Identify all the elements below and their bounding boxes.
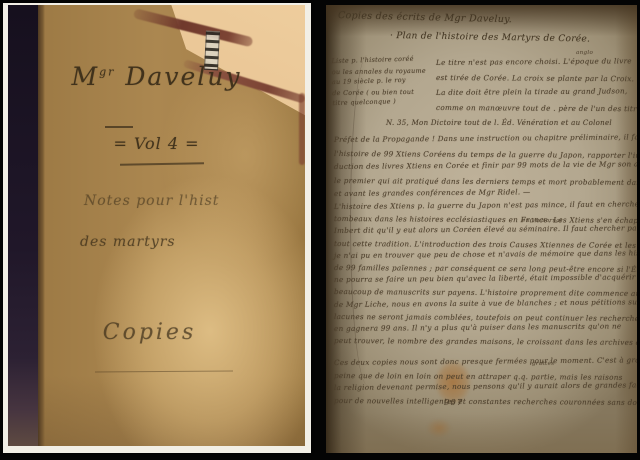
paragraph-histoire: L'histoire des Xtiens p. la guerre du Ja… <box>334 201 634 347</box>
manuscript-line: pour de nouvelles intelligentes et const… <box>334 395 634 409</box>
right-photo-manuscript-page: Copies des écrits de Mgr Daveluy. · Plan… <box>326 5 637 453</box>
cover-bottom-title: Copies <box>8 320 291 345</box>
cover-title-superscript: gr <box>99 66 115 79</box>
manuscript-line: ne pourra se faire un peu bien qu'avec l… <box>334 272 634 287</box>
paragraph-copies: Ces deux copies nous sont donc presque f… <box>334 357 634 407</box>
leather-band-right-edge <box>299 93 305 165</box>
cover-title-initial: M <box>72 62 100 91</box>
manuscript-line: Imbert dit qu'il y eut alors un Coréen é… <box>334 223 634 238</box>
interline-annotation-anglo: anglo <box>576 50 593 56</box>
manuscript-line: Ces deux copies nous sont donc presque f… <box>334 354 634 369</box>
cover-bottom-rule <box>95 371 233 373</box>
manuscript-line: La dite doit être plein la tirade au gra… <box>436 84 634 101</box>
cover-divider-dash <box>105 126 133 128</box>
cover-volume-underline <box>120 162 204 165</box>
manuscript-line: L'histoire des Xtiens p. la guerre du Ja… <box>334 198 634 213</box>
photograph-montage: Mgr Daveluy = Vol 4 = Notes pour l'hist … <box>0 0 640 460</box>
manuscript-line: de Mgr Liche, nous en avons la suite à v… <box>334 296 634 311</box>
book-cover: Mgr Daveluy = Vol 4 = Notes pour l'hist … <box>8 5 305 446</box>
reference-line: N. 35, Mon Dictoire tout de l. Éd. Vénér… <box>386 119 612 127</box>
ink-stain-small <box>422 415 456 441</box>
paragraph-intro: Le titre n'est pas encore choisi. L'époq… <box>436 56 634 116</box>
cover-title-name: Daveluy <box>125 62 241 91</box>
cover-volume-label: = Vol 4 = <box>8 134 305 153</box>
manuscript-header-line1: Copies des écrits de Mgr Daveluy. <box>338 10 512 25</box>
manuscript-line: Liste p. l'histoire coréé <box>331 53 433 67</box>
left-photo-book-cover: Mgr Daveluy = Vol 4 = Notes pour l'hist … <box>3 3 311 453</box>
manuscript-line: comme on manœuvre tout de . père de l'un… <box>436 101 634 117</box>
manuscript-header-line2: · Plan de l'histoire des Martyrs de Coré… <box>390 31 590 44</box>
manuscript-line: je n'ai pu en trouver que peu de chose e… <box>334 247 634 262</box>
manuscript-line: peut trouver, le nombre des grandes mais… <box>334 335 634 349</box>
manuscript-line: Le titre n'est pas encore choisi. L'époq… <box>436 54 634 71</box>
cover-title: Mgr Daveluy <box>8 62 305 91</box>
manuscript-line: duction des livres Xtiens en Corée et fi… <box>334 157 634 173</box>
margin-note: Liste p. l'histoire corééou les annales … <box>331 54 434 109</box>
cover-subtitle-notes: Notes pour l'hist <box>84 193 219 209</box>
page-number: 907 <box>444 398 463 408</box>
manuscript-line: en gagnera 99 ans. Il n'y a plus qu'à pu… <box>334 320 634 335</box>
paragraph-propagande: Préfet de la Propagande ! Dans une instr… <box>334 133 634 201</box>
manuscript-line: titre quelconque ) <box>332 95 434 109</box>
manuscript-line: la religion devenant permise, nous penso… <box>334 380 634 395</box>
cover-subtitle-martyrs: des martyrs <box>80 234 176 250</box>
manuscript-line: Préfet de la Propagande ! Dans une instr… <box>334 130 634 146</box>
